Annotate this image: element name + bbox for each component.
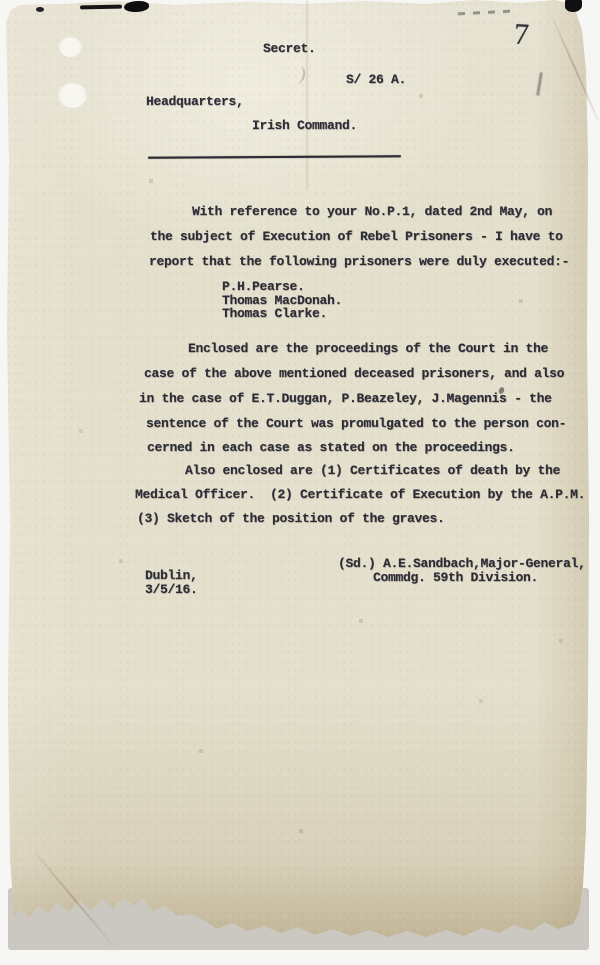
date-line: 3/5/16.: [145, 583, 198, 597]
classification-label: Secret.: [263, 42, 316, 56]
paragraph-2-line: Enclosed are the proceedings of the Cour…: [188, 342, 548, 356]
paragraph-2-line: sentence of the Court was promulgated to…: [146, 417, 566, 431]
irish-command-line: Irish Command.: [252, 119, 357, 133]
paragraph-1-line: the subject of Execution of Rebel Prison…: [150, 230, 563, 244]
executed-prisoner-name: Thomas Clarke.: [222, 307, 327, 321]
headquarters-line: Headquarters,: [146, 95, 244, 109]
signature-line: (Sd.) A.E.Sandbach,Major-General,: [338, 557, 586, 571]
signature-command-line: Commdg. 59th Division.: [373, 571, 538, 585]
paragraph-3-line: (3) Sketch of the position of the graves…: [137, 512, 445, 526]
page-number-annotation: 7: [513, 18, 530, 53]
paper-specks: [0, 0, 2, 2]
paragraph-2-line: in the case of E.T.Duggan, P.Beazeley, J…: [139, 392, 552, 406]
paragraph-2-line: case of the above mentioned deceased pri…: [144, 367, 564, 381]
paragraph-1-line: With reference to your No.P.1, dated 2nd…: [192, 205, 552, 219]
paragraph-3-line: Also enclosed are (1) Certificates of de…: [185, 464, 560, 478]
place-line: Dublin,: [145, 569, 198, 583]
paragraph-2-line: cerned in each case as stated on the pro…: [147, 441, 515, 455]
executed-prisoner-name: P.H.Pearse.: [222, 280, 305, 294]
scanned-document-page: 7 Secret. S/ 26 A. Headquarters, Irish C…: [0, 0, 600, 965]
paragraph-1-line: report that the following prisoners were…: [149, 255, 569, 269]
paragraph-3-line: Medical Officer. (2) Certificate of Exec…: [135, 488, 585, 502]
reference-number: S/ 26 A.: [346, 73, 406, 87]
